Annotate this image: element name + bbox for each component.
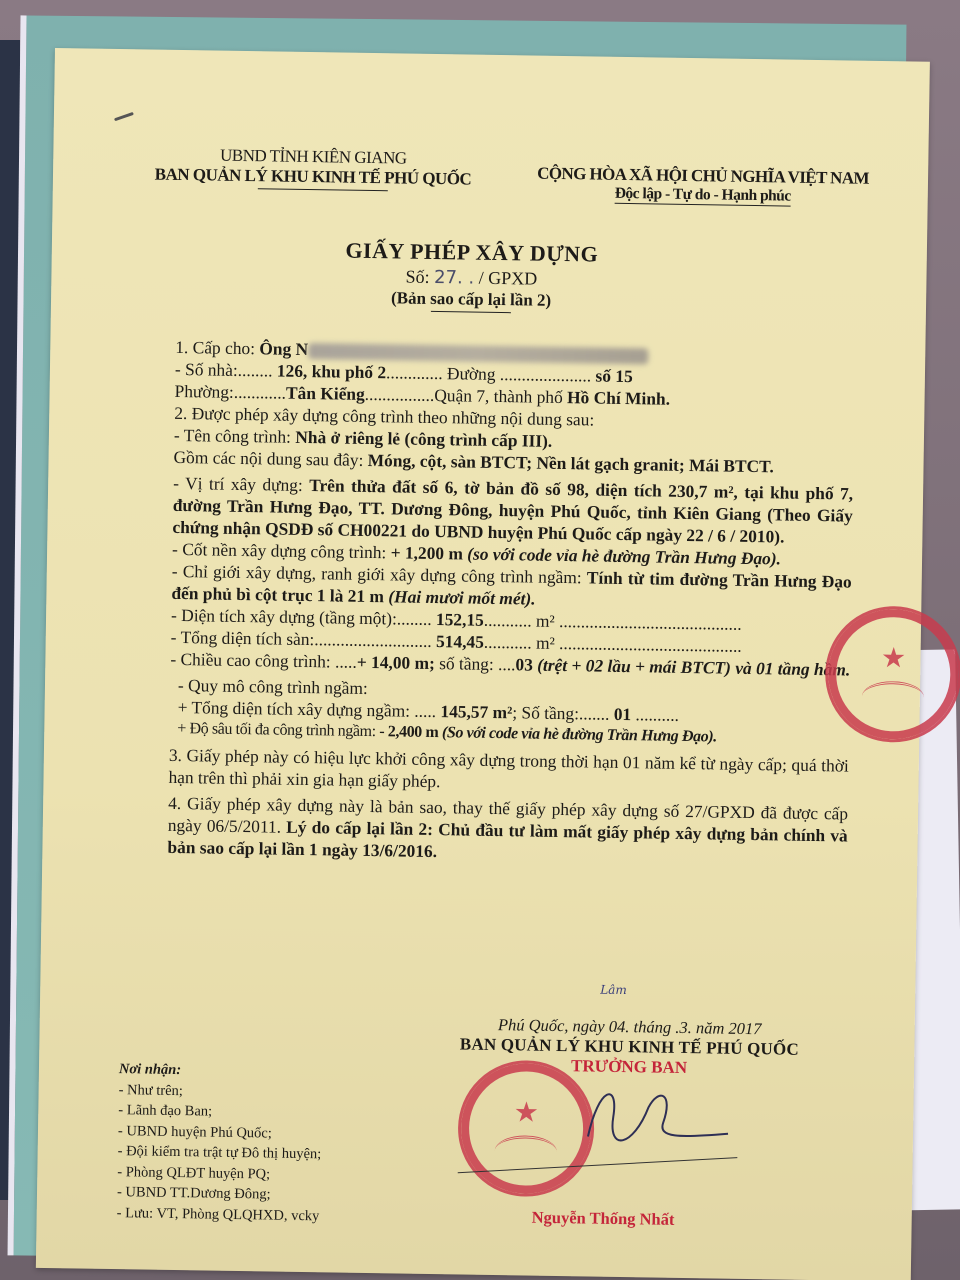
handwritten-signature: [578, 1076, 739, 1159]
star-icon: ★: [881, 641, 907, 675]
recipient-item: - Đội kiểm tra trật tự Đô thị huyện;: [118, 1141, 322, 1165]
floor-area-value: 152,15: [436, 609, 484, 630]
staple-icon: [114, 112, 134, 121]
validity-clause: 3. Giấy phép này có hiệu lực khởi công x…: [168, 744, 849, 799]
contents-label: Gồm các nội dung sau đây:: [173, 447, 367, 470]
location-line: - Vị trí xây dựng: Trên thửa đất số 6, t…: [172, 472, 853, 549]
number-prefix: Số:: [405, 267, 434, 287]
underground-area-label: + Tổng diện tích xây dựng ngầm: .....: [178, 697, 441, 721]
storeys-note: (trệt + 02 lầu + mái BTCT) và 01 tầng hầ…: [533, 655, 851, 680]
foundation-value: + 1,200 m: [391, 542, 464, 563]
signer-name: Nguyễn Thống Nhất: [532, 1208, 675, 1230]
boundary-note: (Hai mươi mốt mét).: [384, 586, 536, 608]
total-area-value: 514,45: [436, 631, 484, 652]
depth-note: (So với code vỉa hè đường Trần Hưng Đạo)…: [438, 724, 717, 745]
contents-value: Móng, cột, sàn BTCT; Nền lát gạch granit…: [368, 450, 774, 476]
replacement-clause: 4. Giấy phép xây dựng này là bản sao, th…: [167, 792, 848, 869]
recipient-item: - UBND TT.Dương Đông;: [117, 1182, 321, 1206]
grantee-label: 1. Cấp cho:: [175, 337, 259, 358]
national-title: CỘNG HÒA XÃ HỘI CHỦ NGHĨA VIỆT NAM: [523, 163, 883, 189]
grantee-value: Ông N: [259, 338, 308, 359]
recipient-item: - Lưu: VT, Phòng QLQHXD, vcky: [117, 1203, 321, 1227]
national-motto: Độc lập - Tự do - Hạnh phúc: [615, 185, 791, 207]
emblem-icon: [494, 1135, 557, 1168]
address-value: 126, khu phố 2: [277, 361, 387, 383]
emblem-icon: [861, 680, 924, 713]
storeys-label: số tầng: ....: [435, 653, 516, 674]
handwritten-initials: Lâm: [600, 983, 627, 997]
street-label: ............. Đường ....................…: [386, 362, 596, 385]
project-label: - Tên công trình:: [174, 425, 296, 447]
permit-document: UBND TỈNH KIÊN GIANG BAN QUẢN LÝ KHU KIN…: [36, 48, 930, 1280]
storeys-value: 03: [515, 654, 533, 674]
divider: [258, 188, 388, 191]
total-area-unit: ........... m² .........................…: [484, 632, 742, 656]
issuer-agency: BAN QUẢN LÝ KHU KINH TẾ PHÚ QUỐC: [138, 164, 488, 189]
total-area-label: - Tổng diện tích sàn:...................…: [171, 627, 437, 651]
dotted-filler: ..........: [631, 704, 679, 725]
ward-label: Phường:............: [174, 381, 286, 403]
city-value: Hồ Chí Minh.: [567, 387, 670, 409]
issuer-header: UBND TỈNH KIÊN GIANG BAN QUẢN LÝ KHU KIN…: [138, 144, 489, 192]
underground-storeys-value: 01: [614, 704, 632, 724]
underground-storeys-label: ; Số tầng:.......: [512, 702, 614, 724]
foundation-label: - Cốt nền xây dựng công trình:: [172, 539, 391, 562]
official-seal: ★: [457, 1059, 595, 1197]
recipients-heading: Nơi nhận:: [119, 1059, 323, 1083]
number-value: 27. .: [434, 267, 474, 289]
official-seal-side: ★: [824, 605, 960, 743]
document-title-block: GIẤY PHÉP XÂY DỰNG Số: 27. . / GPXD (Bản…: [271, 236, 672, 315]
ward-value: Tân Kiểng: [286, 383, 365, 404]
floor-area-label: - Diện tích xây dựng (tầng một):........: [171, 605, 436, 629]
height-value: + 14,00 m;: [357, 652, 435, 673]
district-label: ................Quận 7, thành phố: [365, 384, 568, 407]
street-value: số 15: [595, 366, 633, 387]
underground-area-value: 145,57 m²: [440, 701, 512, 722]
divider: [431, 311, 511, 313]
project-value: Nhà ở riêng lẻ (công trình cấp III).: [295, 427, 552, 451]
national-header: CỘNG HÒA XÃ HỘI CHỦ NGHĨA VIỆT NAM Độc l…: [523, 163, 884, 208]
depth-label: + Độ sâu tối đa công trình ngầm:: [177, 720, 379, 740]
recipient-item: - Lãnh đạo Ban;: [118, 1100, 322, 1124]
location-label: - Vị trí xây dựng:: [173, 473, 309, 495]
number-suffix: / GPXD: [474, 268, 537, 289]
address-label: - Số nhà:........: [175, 359, 277, 381]
signature-block: Phú Quốc, ngày 04. tháng .3. năm 2017 BA…: [419, 1014, 840, 1081]
height-label: - Chiều cao công trình: .....: [170, 649, 357, 672]
permit-body: 1. Cấp cho: Ông N - Số nhà:........ 126,…: [167, 336, 855, 869]
recipients-list: Nơi nhận: - Như trên; - Lãnh đạo Ban; - …: [117, 1059, 323, 1226]
star-icon: ★: [514, 1096, 540, 1130]
document-title: GIẤY PHÉP XÂY DỰNG: [272, 236, 672, 268]
depth-value: - 2,400 m: [379, 723, 438, 741]
floor-area-unit: ........... m² .........................…: [484, 610, 742, 634]
